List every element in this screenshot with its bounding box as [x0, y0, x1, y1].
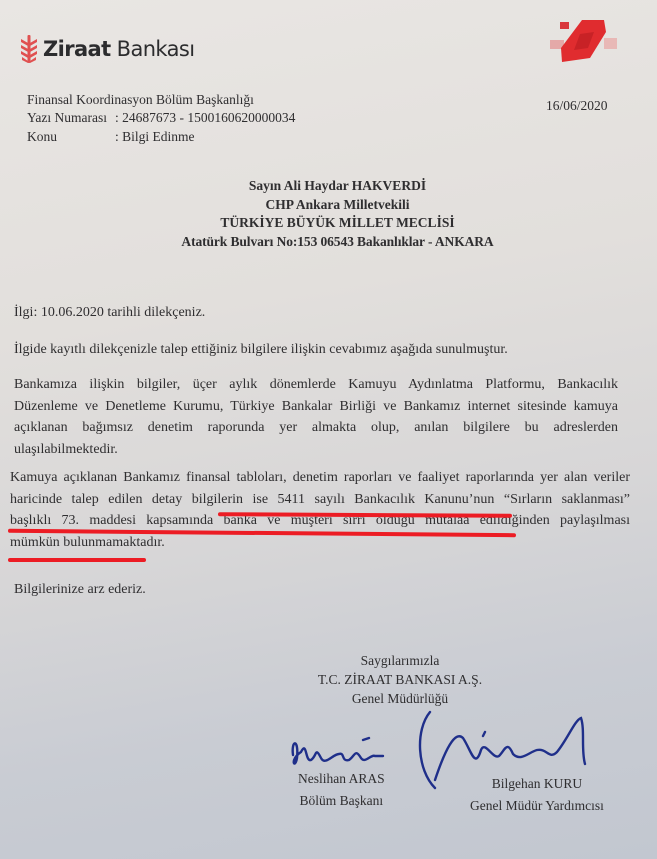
signatory-1-name: Neslihan ARAS — [298, 768, 385, 790]
subject-value: : Bilgi Edinme — [115, 129, 195, 145]
recipient-institution: TÜRKİYE BÜYÜK MİLLET MECLİSİ — [0, 214, 657, 233]
closing-greeting: Saygılarımızla — [290, 651, 510, 670]
red-underline-mark — [8, 558, 146, 562]
recipient-title: CHP Ankara Milletvekili — [0, 196, 657, 215]
reference-number-row: Yazı Numarası : 24687673 - 1500160620000… — [27, 110, 295, 126]
closing-company: T.C. ZİRAAT BANKASI A.Ş. — [290, 670, 510, 689]
letter-date: 16/06/2020 — [546, 98, 608, 114]
signatory-2-name: Bilgehan KURU — [470, 773, 604, 795]
department-name: Finansal Koordinasyon Bölüm Başkanlığı — [27, 92, 254, 108]
reference-value: : 24687673 - 1500160620000034 — [115, 110, 295, 126]
recipient-block: Sayın Ali Haydar HAKVERDİ CHP Ankara Mil… — [0, 177, 657, 251]
reference-label: Yazı Numarası — [27, 110, 115, 126]
bank-name: Ziraat Bankası — [43, 37, 194, 61]
paragraph-banking-secrecy: Kamuya açıklanan Bankamız finansal tablo… — [10, 467, 630, 553]
wheat-icon — [20, 34, 38, 64]
sign-off: Bilgilerinize arz ederiz. — [14, 579, 618, 601]
subject-label: Konu — [27, 129, 115, 145]
recipient-address: Atatürk Bulvarı No:153 06543 Bakanlıklar… — [0, 233, 657, 252]
recipient-name: Sayın Ali Haydar HAKVERDİ — [0, 177, 657, 196]
closing-block: Saygılarımızla T.C. ZİRAAT BANKASI A.Ş. … — [290, 651, 510, 708]
signatory-1: Neslihan ARAS Bölüm Başkanı — [298, 768, 385, 812]
signatory-2: Bilgehan KURU Genel Müdür Yardımcısı — [470, 773, 604, 817]
bank-logo: Ziraat Bankası — [20, 34, 194, 64]
closing-directorate: Genel Müdürlüğü — [290, 689, 510, 708]
intro-paragraph: İlgide kayıtlı dilekçenizle talep ettiği… — [14, 339, 618, 361]
reference-line: İlgi: 10.06.2020 tarihli dilekçeniz. — [14, 302, 618, 324]
paragraph-public-info: Bankamıza ilişkin bilgiler, üçer aylık d… — [14, 374, 618, 460]
subject-row: Konu : Bilgi Edinme — [27, 129, 195, 145]
ziraat-red-mark-icon — [548, 18, 618, 68]
signatory-2-title: Genel Müdür Yardımcısı — [470, 795, 604, 817]
signatory-1-title: Bölüm Başkanı — [298, 790, 385, 812]
